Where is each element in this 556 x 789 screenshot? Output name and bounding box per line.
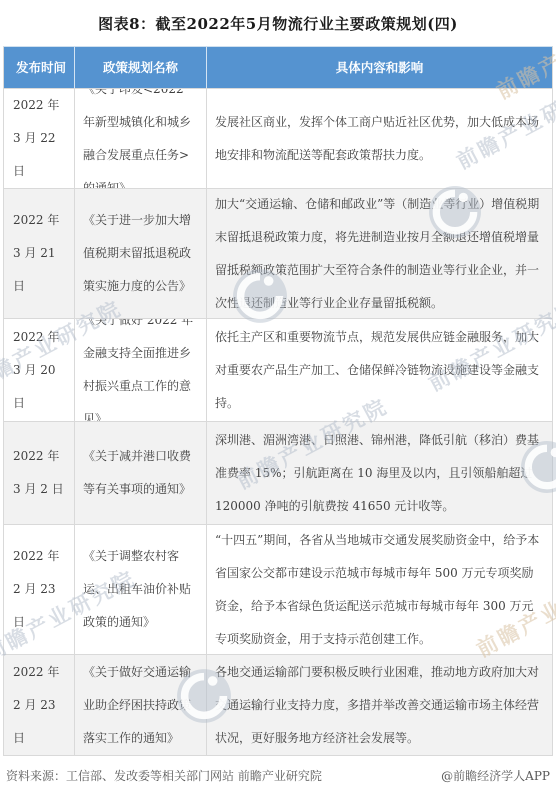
cell-content: 发展社区商业，发挥个体工商户贴近社区优势，加大低成本场地安排和物流配送等配套政策… [207, 89, 552, 188]
cell-policy: 《关于做好 2022 年金融支持全面推进乡村振兴重点工作的意见》 [75, 319, 207, 421]
header-publish-date: 发布时间 [4, 47, 75, 88]
page-title: 图表8：截至2022年5月物流行业主要政策规划(四) [0, 0, 556, 46]
credit-note: @前瞻经济学人APP [441, 767, 550, 784]
cell-date: 2022 年 2 月 23 日 [4, 525, 75, 654]
cell-content: 加大“交通运输、仓储和邮政业”等（制造业等行业）增值税期末留抵退税政策力度，将先… [207, 189, 552, 318]
cell-content: “十四五”期间，各省从当地城市交通发展奖励资金中，给予本省国家公交都市建设示范城… [207, 525, 552, 654]
header-content-impact: 具体内容和影响 [207, 47, 552, 88]
table-row: 2022 年 3 月 20 日 《关于做好 2022 年金融支持全面推进乡村振兴… [4, 318, 552, 421]
cell-content: 深圳港、湄洲湾港、日照港、锦州港，降低引航（移泊）费基准费率 15%；引航距离在… [207, 422, 552, 524]
cell-content: 各地交通运输部门要积极反映行业困难，推动地方政府加大对交通运输行业支持力度，多措… [207, 655, 552, 755]
cell-date: 2022 年 3 月 20 日 [4, 319, 75, 421]
footer: 资料来源：工信部、发改委等相关部门网站 前瞻产业研究院 @前瞻经济学人APP [6, 767, 550, 784]
cell-content: 依托主产区和重要物流节点，规范发展供应链金融服务，加大对重要农产品生产加工、仓储… [207, 319, 552, 421]
cell-policy: 《关于调整农村客运、出租车油价补贴政策的通知》 [75, 525, 207, 654]
cell-policy: 《关于进一步加大增值税期末留抵退税政策实施力度的公告》 [75, 189, 207, 318]
cell-policy: 《关于做好交通运输业助企纾困扶持政策落实工作的通知》 [75, 655, 207, 755]
table-row: 2022 年 3 月 21 日 《关于进一步加大增值税期末留抵退税政策实施力度的… [4, 188, 552, 318]
cell-date: 2022 年 3 月 21 日 [4, 189, 75, 318]
cell-policy: 《关于减并港口收费等有关事项的通知》 [75, 422, 207, 524]
cell-policy: 《关于印发<2022 年新型城镇化和城乡融合发展重点任务>的通知》 [75, 89, 207, 188]
table-row: 2022 年 2 月 23 日 《关于调整农村客运、出租车油价补贴政策的通知》 … [4, 524, 552, 654]
policy-table: 发布时间 政策规划名称 具体内容和影响 2022 年 3 月 22 日 《关于印… [3, 46, 553, 756]
header-policy-name: 政策规划名称 [75, 47, 207, 88]
cell-date: 2022 年 3 月 22 日 [4, 89, 75, 188]
table-row: 2022 年 3 月 2 日 《关于减并港口收费等有关事项的通知》 深圳港、湄洲… [4, 421, 552, 524]
table-header-row: 发布时间 政策规划名称 具体内容和影响 [4, 47, 552, 88]
cell-date: 2022 年 2 月 23 日 [4, 655, 75, 755]
source-note: 资料来源：工信部、发改委等相关部门网站 前瞻产业研究院 [6, 767, 322, 784]
table-row: 2022 年 2 月 23 日 《关于做好交通运输业助企纾困扶持政策落实工作的通… [4, 654, 552, 755]
table-row: 2022 年 3 月 22 日 《关于印发<2022 年新型城镇化和城乡融合发展… [4, 88, 552, 188]
cell-date: 2022 年 3 月 2 日 [4, 422, 75, 524]
